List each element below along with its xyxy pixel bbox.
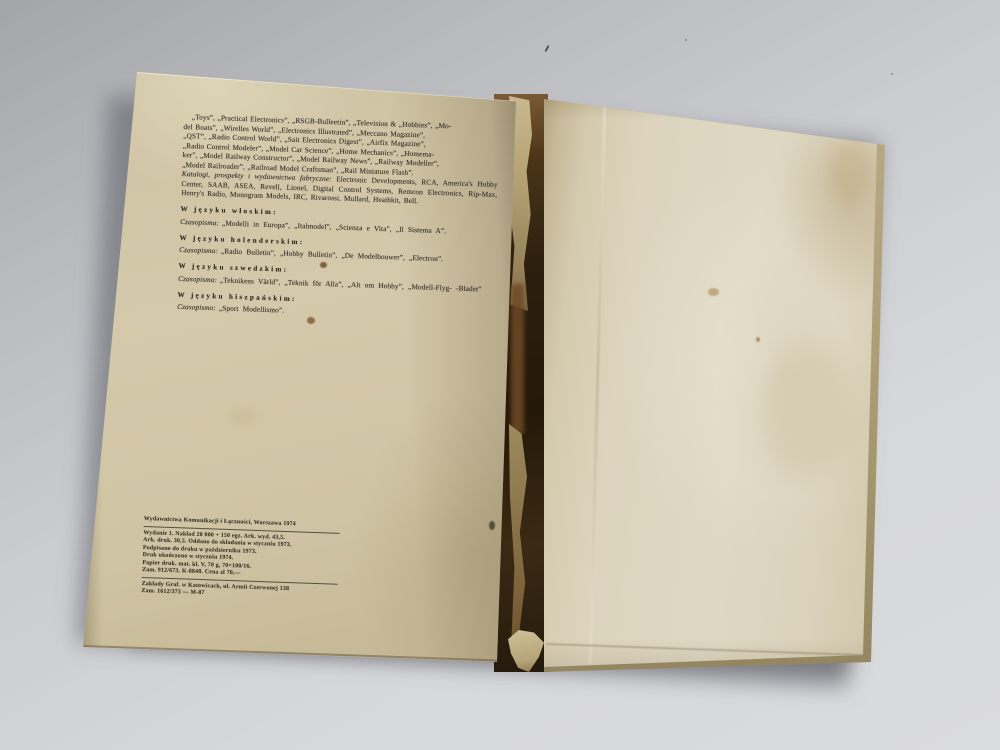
left-page-bottom-edge [84,645,499,661]
faint-water-stain [765,346,855,476]
left-page: „Toys”, „Practical Electronics”, „RSGB-B… [80,68,520,680]
dust-speck [685,39,687,41]
language-section: W języku szwedzkim: Czasopisma:„Tekniken… [178,262,495,294]
czasopisma-label: Czasopisma: [178,273,217,283]
ink-stain [320,262,327,268]
magazine-items: „Sport Modellismo”. [219,303,285,314]
dust-speck [891,73,893,75]
spine-glue-residue [511,284,524,434]
left-page-text: „Toys”, „Practical Electronics”, „RSGB-B… [177,112,500,322]
gutter-fleck [489,521,495,530]
dust-speck [544,45,549,52]
page-fold-crease [589,104,607,664]
language-section: W języku hiszpańskim: Czasopismo:„Sport … [177,290,494,322]
left-page-top-edge [137,71,518,102]
spine-torn-binding-mid [509,424,527,664]
brown-stain [756,337,760,342]
right-page [540,96,892,680]
foxing-spot [230,408,256,426]
right-page-top-edge [544,97,880,143]
czasopisma-label: Czasopisma: [180,216,219,226]
language-sections: W języku włoskim: Czasopisma:„Modelli in… [177,205,497,322]
czasopisma-label: Czasopismo: [177,302,216,312]
page-bottom-crease [546,643,864,656]
corner-stain [828,144,872,198]
ink-stain [307,317,315,324]
colophon: Wydawnictwa Komunikacji i Łączności, War… [141,516,352,603]
brown-stain [708,288,719,296]
publisher-line: Wydawnictwa Komunikacji i Łączności, War… [144,516,352,531]
book-photo-scene: „Toys”, „Practical Electronics”, „RSGB-B… [0,0,1000,750]
language-section: W języku włoskim: Czasopisma:„Modelli in… [180,205,497,237]
czasopisma-label: Czasopisma: [179,245,218,255]
right-page-surface [540,96,892,680]
print-details: Wydanie 1. Nakład 20 000 + 150 egz. Ark.… [142,529,351,581]
language-section: W języku holenderskim: Czasopisma:„Radio… [179,233,496,265]
